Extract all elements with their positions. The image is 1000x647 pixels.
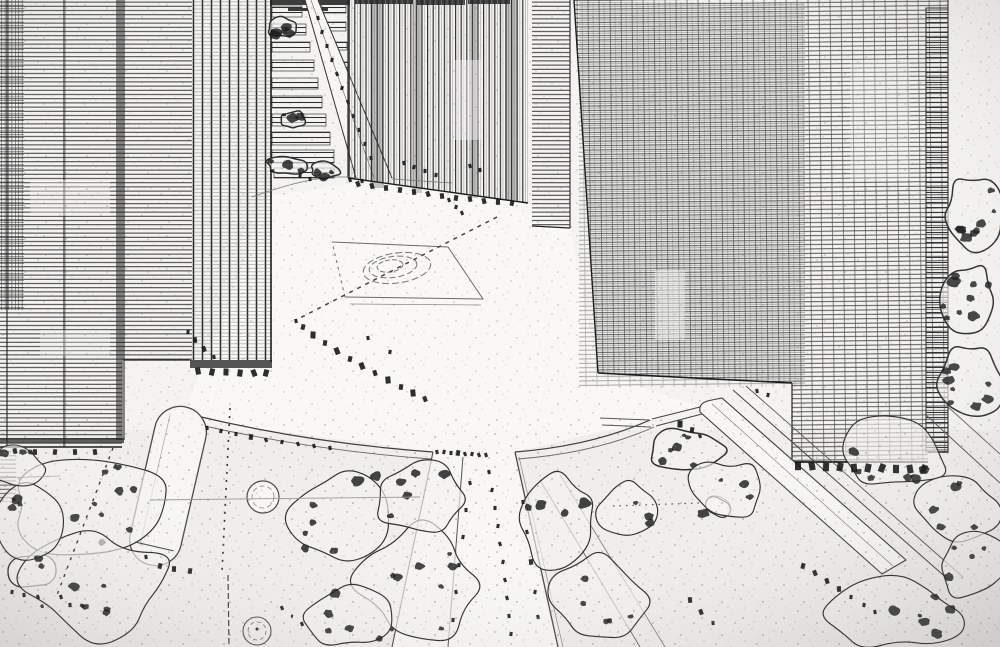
perspective-drawing [0, 0, 1000, 647]
vignette [0, 0, 1000, 647]
sketch-stage [0, 0, 1000, 647]
